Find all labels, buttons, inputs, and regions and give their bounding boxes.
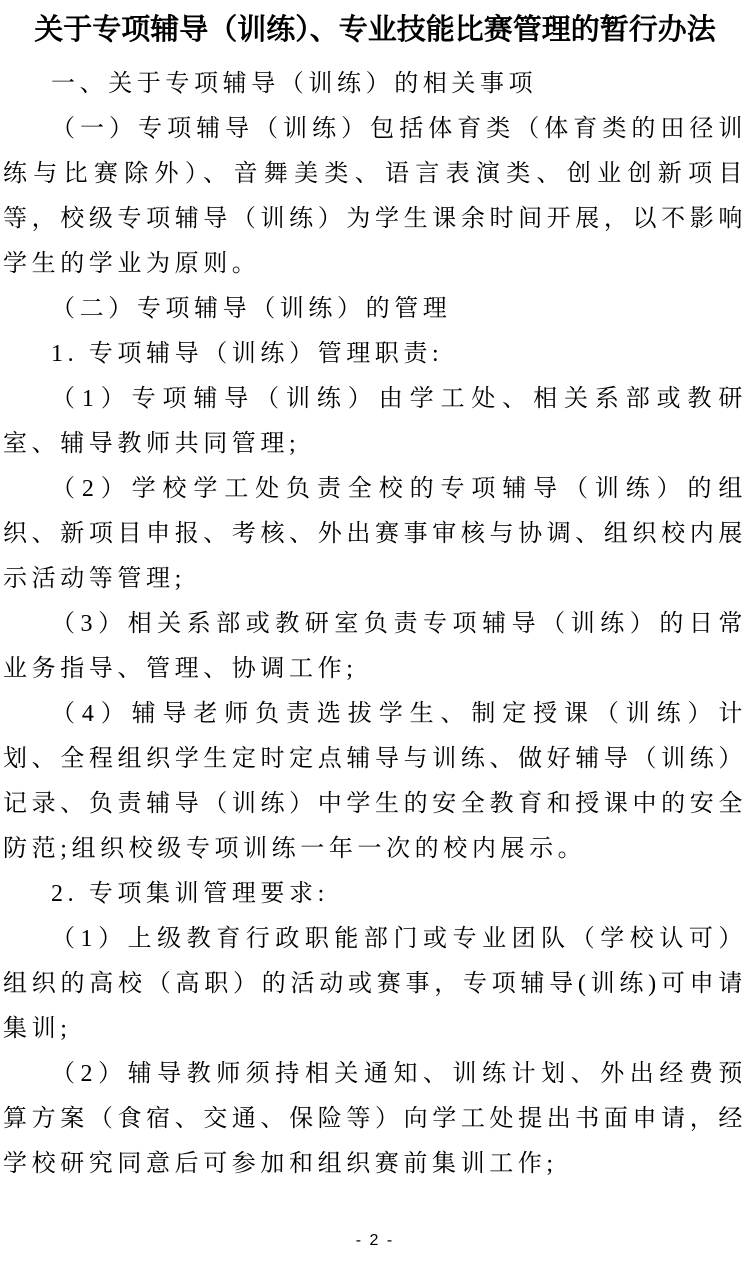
list-heading: 2. 专项集训管理要求: bbox=[3, 872, 747, 917]
paragraph: （3）相关系部或教研室负责专项辅导（训练）的日常业务指导、管理、协调工作; bbox=[3, 602, 747, 692]
section-heading: 一、关于专项辅导（训练）的相关事项 bbox=[3, 62, 747, 107]
paragraph: （一）专项辅导（训练）包括体育类（体育类的田径训练与比赛除外）、音舞美类、语言表… bbox=[3, 107, 747, 287]
document-page: 关于专项辅导（训练）、专业技能比赛管理的暂行办法 一、关于专项辅导（训练）的相关… bbox=[0, 0, 750, 1262]
paragraph: （1）上级教育行政职能部门或专业团队（学校认可）组织的高校（高职）的活动或赛事，… bbox=[3, 917, 747, 1052]
paragraph: （2）学校学工处负责全校的专项辅导（训练）的组织、新项目申报、考核、外出赛事审核… bbox=[3, 467, 747, 602]
paragraph: （1）专项辅导（训练）由学工处、相关系部或教研室、辅导教师共同管理; bbox=[3, 377, 747, 467]
page-number: - 2 - bbox=[0, 1232, 750, 1250]
paragraph: （2）辅导教师须持相关通知、训练计划、外出经费预算方案（食宿、交通、保险等）向学… bbox=[3, 1052, 747, 1187]
paragraph: （4）辅导老师负责选拔学生、制定授课（训练）计划、全程组织学生定时定点辅导与训练… bbox=[3, 692, 747, 872]
list-heading: 1. 专项辅导（训练）管理职责: bbox=[3, 332, 747, 377]
document-title: 关于专项辅导（训练）、专业技能比赛管理的暂行办法 bbox=[3, 10, 747, 50]
sub-heading: （二）专项辅导（训练）的管理 bbox=[3, 287, 747, 332]
